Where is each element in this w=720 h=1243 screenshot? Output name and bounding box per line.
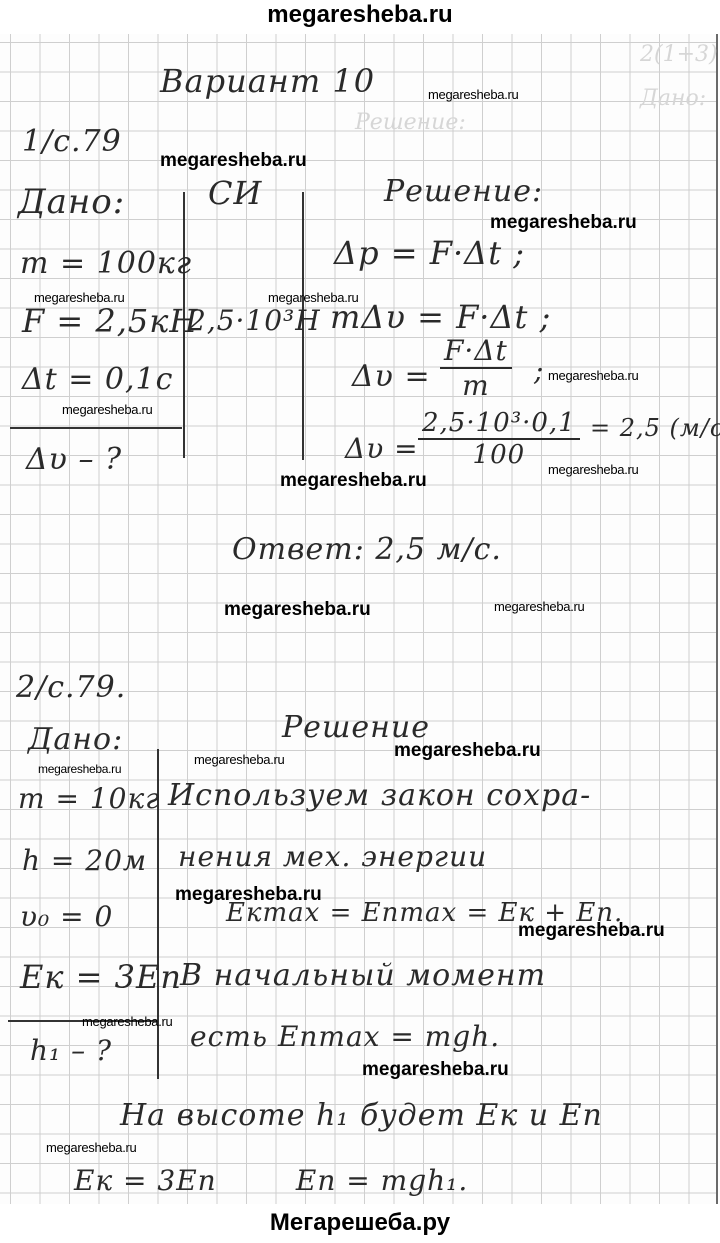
given-mass: m = 10кг	[18, 782, 160, 815]
solution-line: В начальный момент	[180, 958, 546, 993]
solution-line: Eк = 3Eп Eп = mgh₁.	[74, 1164, 468, 1197]
problem2-find: h₁ – ?	[30, 1034, 112, 1067]
formula-numerator: F·Δt	[440, 334, 512, 369]
ghost-text: Дано:	[640, 86, 706, 111]
notebook-page: 2(1+3) Дано: Решение: Вариант 10 1/с.79 …	[0, 34, 718, 1204]
watermark: megaresheba.ru	[46, 1140, 136, 1155]
formula-denominator: m	[440, 369, 512, 402]
footer-watermark: Мегарешеба.ру	[0, 1203, 720, 1243]
formula-fraction: F·Δt m	[440, 334, 512, 402]
given-time: Δt = 0,1с	[22, 362, 173, 397]
page-title: Вариант 10	[160, 62, 375, 100]
watermark: megaresheba.ru	[518, 920, 665, 942]
solution-line: На высоте h₁ будет Eк и Eп	[120, 1098, 603, 1133]
given-find-divider	[10, 427, 182, 429]
problem1-label: 1/с.79	[22, 124, 122, 159]
problem1-answer: Ответ: 2,5 м/с.	[232, 532, 502, 567]
calc-numerator: 2,5·10³·0,1	[418, 408, 580, 440]
ghost-text: 2(1+3)	[640, 42, 718, 67]
formula-tail: ;	[534, 354, 544, 387]
watermark: megaresheba.ru	[160, 150, 307, 172]
formula-lhs: Δυ =	[352, 359, 431, 394]
calc-fraction: 2,5·10³·0,1 100	[418, 408, 580, 470]
solution-line: Используем закон сохра-	[168, 778, 591, 813]
watermark: megaresheba.ru	[362, 1059, 509, 1081]
solution-line: есть Eпmax = mgh.	[190, 1020, 500, 1053]
watermark: megaresheba.ru	[494, 599, 584, 614]
watermark: megaresheba.ru	[62, 402, 152, 417]
calc-lhs: Δυ =	[345, 432, 419, 465]
header-watermark: megaresheba.ru	[0, 0, 720, 34]
watermark: megaresheba.ru	[194, 752, 284, 767]
watermark: megaresheba.ru	[428, 87, 518, 102]
watermark: megaresheba.ru	[82, 1014, 172, 1029]
watermark: megaresheba.ru	[548, 462, 638, 477]
calc-result: = 2,5 (м/с)	[590, 414, 720, 442]
si-force: 2,5·10³Н	[188, 304, 321, 337]
watermark: megaresheba.ru	[268, 290, 358, 305]
watermark: megaresheba.ru	[175, 884, 322, 906]
watermark: megaresheba.ru	[280, 470, 427, 492]
given-velocity: υ₀ = 0	[20, 900, 113, 933]
solution-line: mΔυ = F·Δt ;	[330, 298, 551, 336]
watermark: megaresheba.ru	[548, 368, 638, 383]
given-energy-ratio: Eк = 3Eп	[20, 958, 182, 996]
problem1-si-heading: СИ	[208, 174, 262, 212]
given-height: h = 20м	[22, 844, 147, 877]
problem1-solution-heading: Решение:	[384, 174, 543, 209]
problem1-given-heading: Дано:	[18, 182, 125, 222]
watermark: megaresheba.ru	[490, 212, 637, 234]
given-mass: m = 100кг	[20, 246, 192, 281]
problem1-find: Δυ – ?	[26, 442, 122, 477]
ghost-text: Решение:	[355, 110, 466, 135]
solution-line: Δp = F·Δt ;	[334, 234, 525, 272]
watermark: megaresheba.ru	[224, 599, 371, 621]
watermark: megaresheba.ru	[394, 740, 541, 762]
problem2-label: 2/с.79.	[16, 670, 126, 705]
problem2-given-heading: Дано:	[28, 722, 123, 757]
given-force: F = 2,5кН	[22, 302, 198, 340]
watermark: megaresheba.ru	[38, 762, 121, 776]
watermark: megaresheba.ru	[34, 290, 124, 305]
solution-line: нения мех. энергии	[178, 840, 487, 873]
